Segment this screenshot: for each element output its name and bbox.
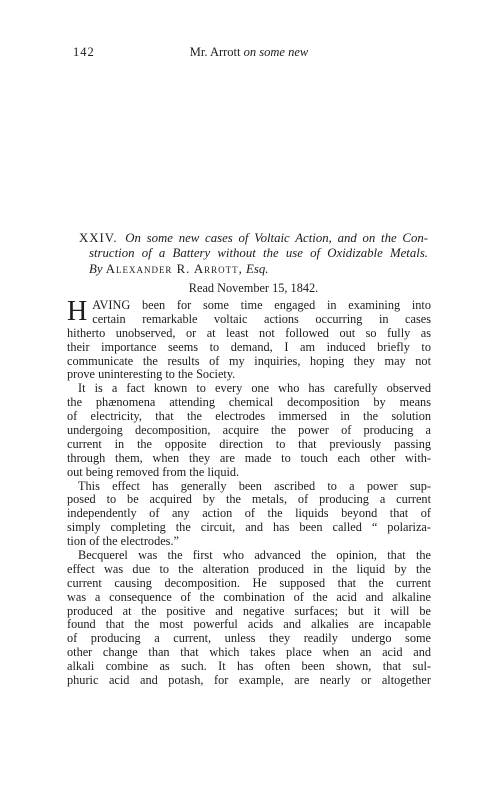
text-line: It is a fact known to every one who has … bbox=[67, 382, 431, 396]
article-title-text-1: On some new cases of Voltaic Action, and… bbox=[125, 231, 428, 245]
text-line: other change than that which takes place… bbox=[67, 646, 431, 660]
text-line: prove uninteresting to the Society. bbox=[67, 368, 431, 382]
text-line: current in the opposite direction to tha… bbox=[67, 438, 431, 452]
text-line: certain remarkable voltaic actions occur… bbox=[67, 313, 431, 327]
text-line: current causing decomposition. He suppos… bbox=[67, 577, 431, 591]
byline-esq: Esq. bbox=[246, 262, 268, 276]
text-line: posed to be acquired by the metals, of p… bbox=[67, 493, 431, 507]
article-title-block: XXIV. On some new cases of Voltaic Actio… bbox=[79, 231, 428, 297]
opening-paragraph: H AVING been for some time engaged in ex… bbox=[67, 299, 431, 382]
paragraph: This effect has generally been ascribed … bbox=[67, 480, 431, 549]
byline: By Alexander R. Arrott, Esq. bbox=[79, 262, 428, 277]
running-header: 142 Mr. Arrott on some new bbox=[67, 45, 431, 61]
running-title-italic: on some new bbox=[244, 45, 309, 59]
text-line: through them, when they are made to touc… bbox=[67, 452, 431, 466]
text-line: hitherto unobserved, or at least not fol… bbox=[67, 327, 431, 341]
running-title-roman: Mr. Arrott bbox=[190, 45, 241, 59]
text-line: out being removed from the liquid. bbox=[67, 466, 431, 480]
text-line: AVING been for some time engaged in exam… bbox=[67, 299, 431, 313]
text-line: Becquerel was the first who advanced the… bbox=[67, 549, 431, 563]
text-line: was a consequence of the combination of … bbox=[67, 591, 431, 605]
byline-by: By bbox=[89, 262, 103, 276]
text-line: effect was due to the alteration produce… bbox=[67, 563, 431, 577]
text-line: tion of the electrodes.” bbox=[67, 535, 431, 549]
scanned-paper-page: 142 Mr. Arrott on some new XXIV. On some… bbox=[0, 0, 500, 809]
text-line: alkali combine as such. It has often bee… bbox=[67, 660, 431, 674]
text-line: the phænomena attending chemical decompo… bbox=[67, 396, 431, 410]
drop-cap: H bbox=[67, 299, 92, 326]
article-number: XXIV. bbox=[79, 231, 118, 245]
text-line: of producing a current, unless they read… bbox=[67, 632, 431, 646]
text-line: independently of any action of the liqui… bbox=[67, 507, 431, 521]
text-line: their importance seems to demand, I am i… bbox=[67, 341, 431, 355]
text-line: undergoing decomposition, acquire the po… bbox=[67, 424, 431, 438]
text-line: produced at the positive and negative su… bbox=[67, 605, 431, 619]
paragraph: Becquerel was the first who advanced the… bbox=[67, 549, 431, 688]
text-line: of electricity, that the electrodes imme… bbox=[67, 410, 431, 424]
text-line: found that the most powerful acids and a… bbox=[67, 618, 431, 632]
text-line: communicate the results of my inquiries,… bbox=[67, 355, 431, 369]
article-title-line-2: struction of a Battery without the use o… bbox=[79, 246, 428, 261]
text-line: This effect has generally been ascribed … bbox=[67, 480, 431, 494]
article-title-line-1: XXIV. On some new cases of Voltaic Actio… bbox=[79, 231, 428, 246]
read-date-line: Read November 15, 1842. bbox=[79, 281, 428, 296]
body-text: H AVING been for some time engaged in ex… bbox=[67, 299, 431, 688]
author-name: Alexander R. Arrott, bbox=[106, 262, 243, 276]
text-line: simply completing the circuit, and has b… bbox=[67, 521, 431, 535]
running-title: Mr. Arrott on some new bbox=[67, 45, 431, 60]
paragraph: It is a fact known to every one who has … bbox=[67, 382, 431, 479]
text-line: phuric acid and potash, for example, are… bbox=[67, 674, 431, 688]
